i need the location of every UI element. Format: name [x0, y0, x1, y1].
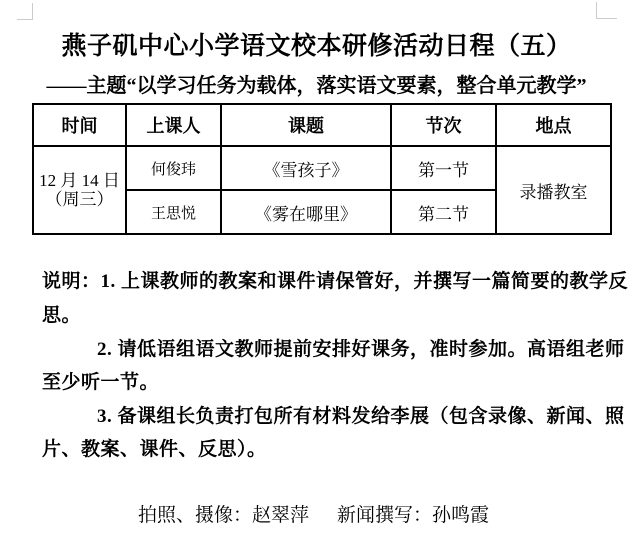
page-subtitle: ——主题“以学习任务为载体，落实语文要素，整合单元教学” — [0, 69, 633, 98]
credit-news: 新闻撰写：孙鸣霞 — [337, 500, 489, 527]
table-row: 12 月 14 日 （周三） 何俊玮 《雪孩子》 第一节 录播教室 — [33, 146, 611, 190]
column-header-topic: 课题 — [221, 104, 391, 146]
column-header-period: 节次 — [391, 104, 496, 146]
document-page: 燕子矶中心小学语文校本研修活动日程（五） ——主题“以学习任务为载体，落实语文要… — [0, 0, 633, 556]
page-title: 燕子矶中心小学语文校本研修活动日程（五） — [0, 26, 633, 62]
location-cell: 录播教室 — [496, 146, 611, 234]
column-header-teacher: 上课人 — [126, 104, 221, 146]
period-cell: 第二节 — [391, 190, 496, 234]
topic-cell: 《雪孩子》 — [221, 146, 391, 190]
note-line: 2. 请低语组语文教师提前安排好课务，准时参加。高语组老师 — [97, 338, 625, 362]
note-line: 3. 备课组长负责打包所有材料发给李展（包含录像、新闻、照 — [97, 405, 625, 429]
note-line: 说明：1. 上课教师的教案和课件请保管好，并撰写一篇简要的教学反 — [42, 270, 628, 294]
column-header-time: 时间 — [33, 104, 126, 146]
teacher-cell: 王思悦 — [126, 190, 221, 234]
time-cell: 12 月 14 日 （周三） — [33, 146, 126, 234]
column-header-location: 地点 — [496, 104, 611, 146]
crop-mark-top-left-icon — [17, 3, 33, 20]
table-header-row: 时间 上课人 课题 节次 地点 — [33, 104, 611, 146]
note-line: 至少听一节。 — [42, 371, 159, 395]
note-line: 片、教案、课件、反思）。 — [42, 438, 267, 462]
time-weekday: （周三） — [34, 190, 125, 209]
schedule-table: 时间 上课人 课题 节次 地点 12 月 14 日 （周三） 何俊玮 《雪孩子》… — [32, 103, 612, 235]
topic-cell: 《雾在哪里》 — [221, 190, 391, 234]
time-date: 12 月 14 日 — [34, 171, 125, 190]
note-line: 思。 — [42, 304, 81, 328]
teacher-cell: 何俊玮 — [126, 146, 221, 190]
crop-mark-top-right-icon — [596, 2, 617, 19]
credits-line: 拍照、摄像：赵翠萍 新闻撰写：孙鸣霞 — [138, 500, 489, 527]
credit-photo: 拍照、摄像：赵翠萍 — [138, 500, 309, 527]
period-cell: 第一节 — [391, 146, 496, 190]
